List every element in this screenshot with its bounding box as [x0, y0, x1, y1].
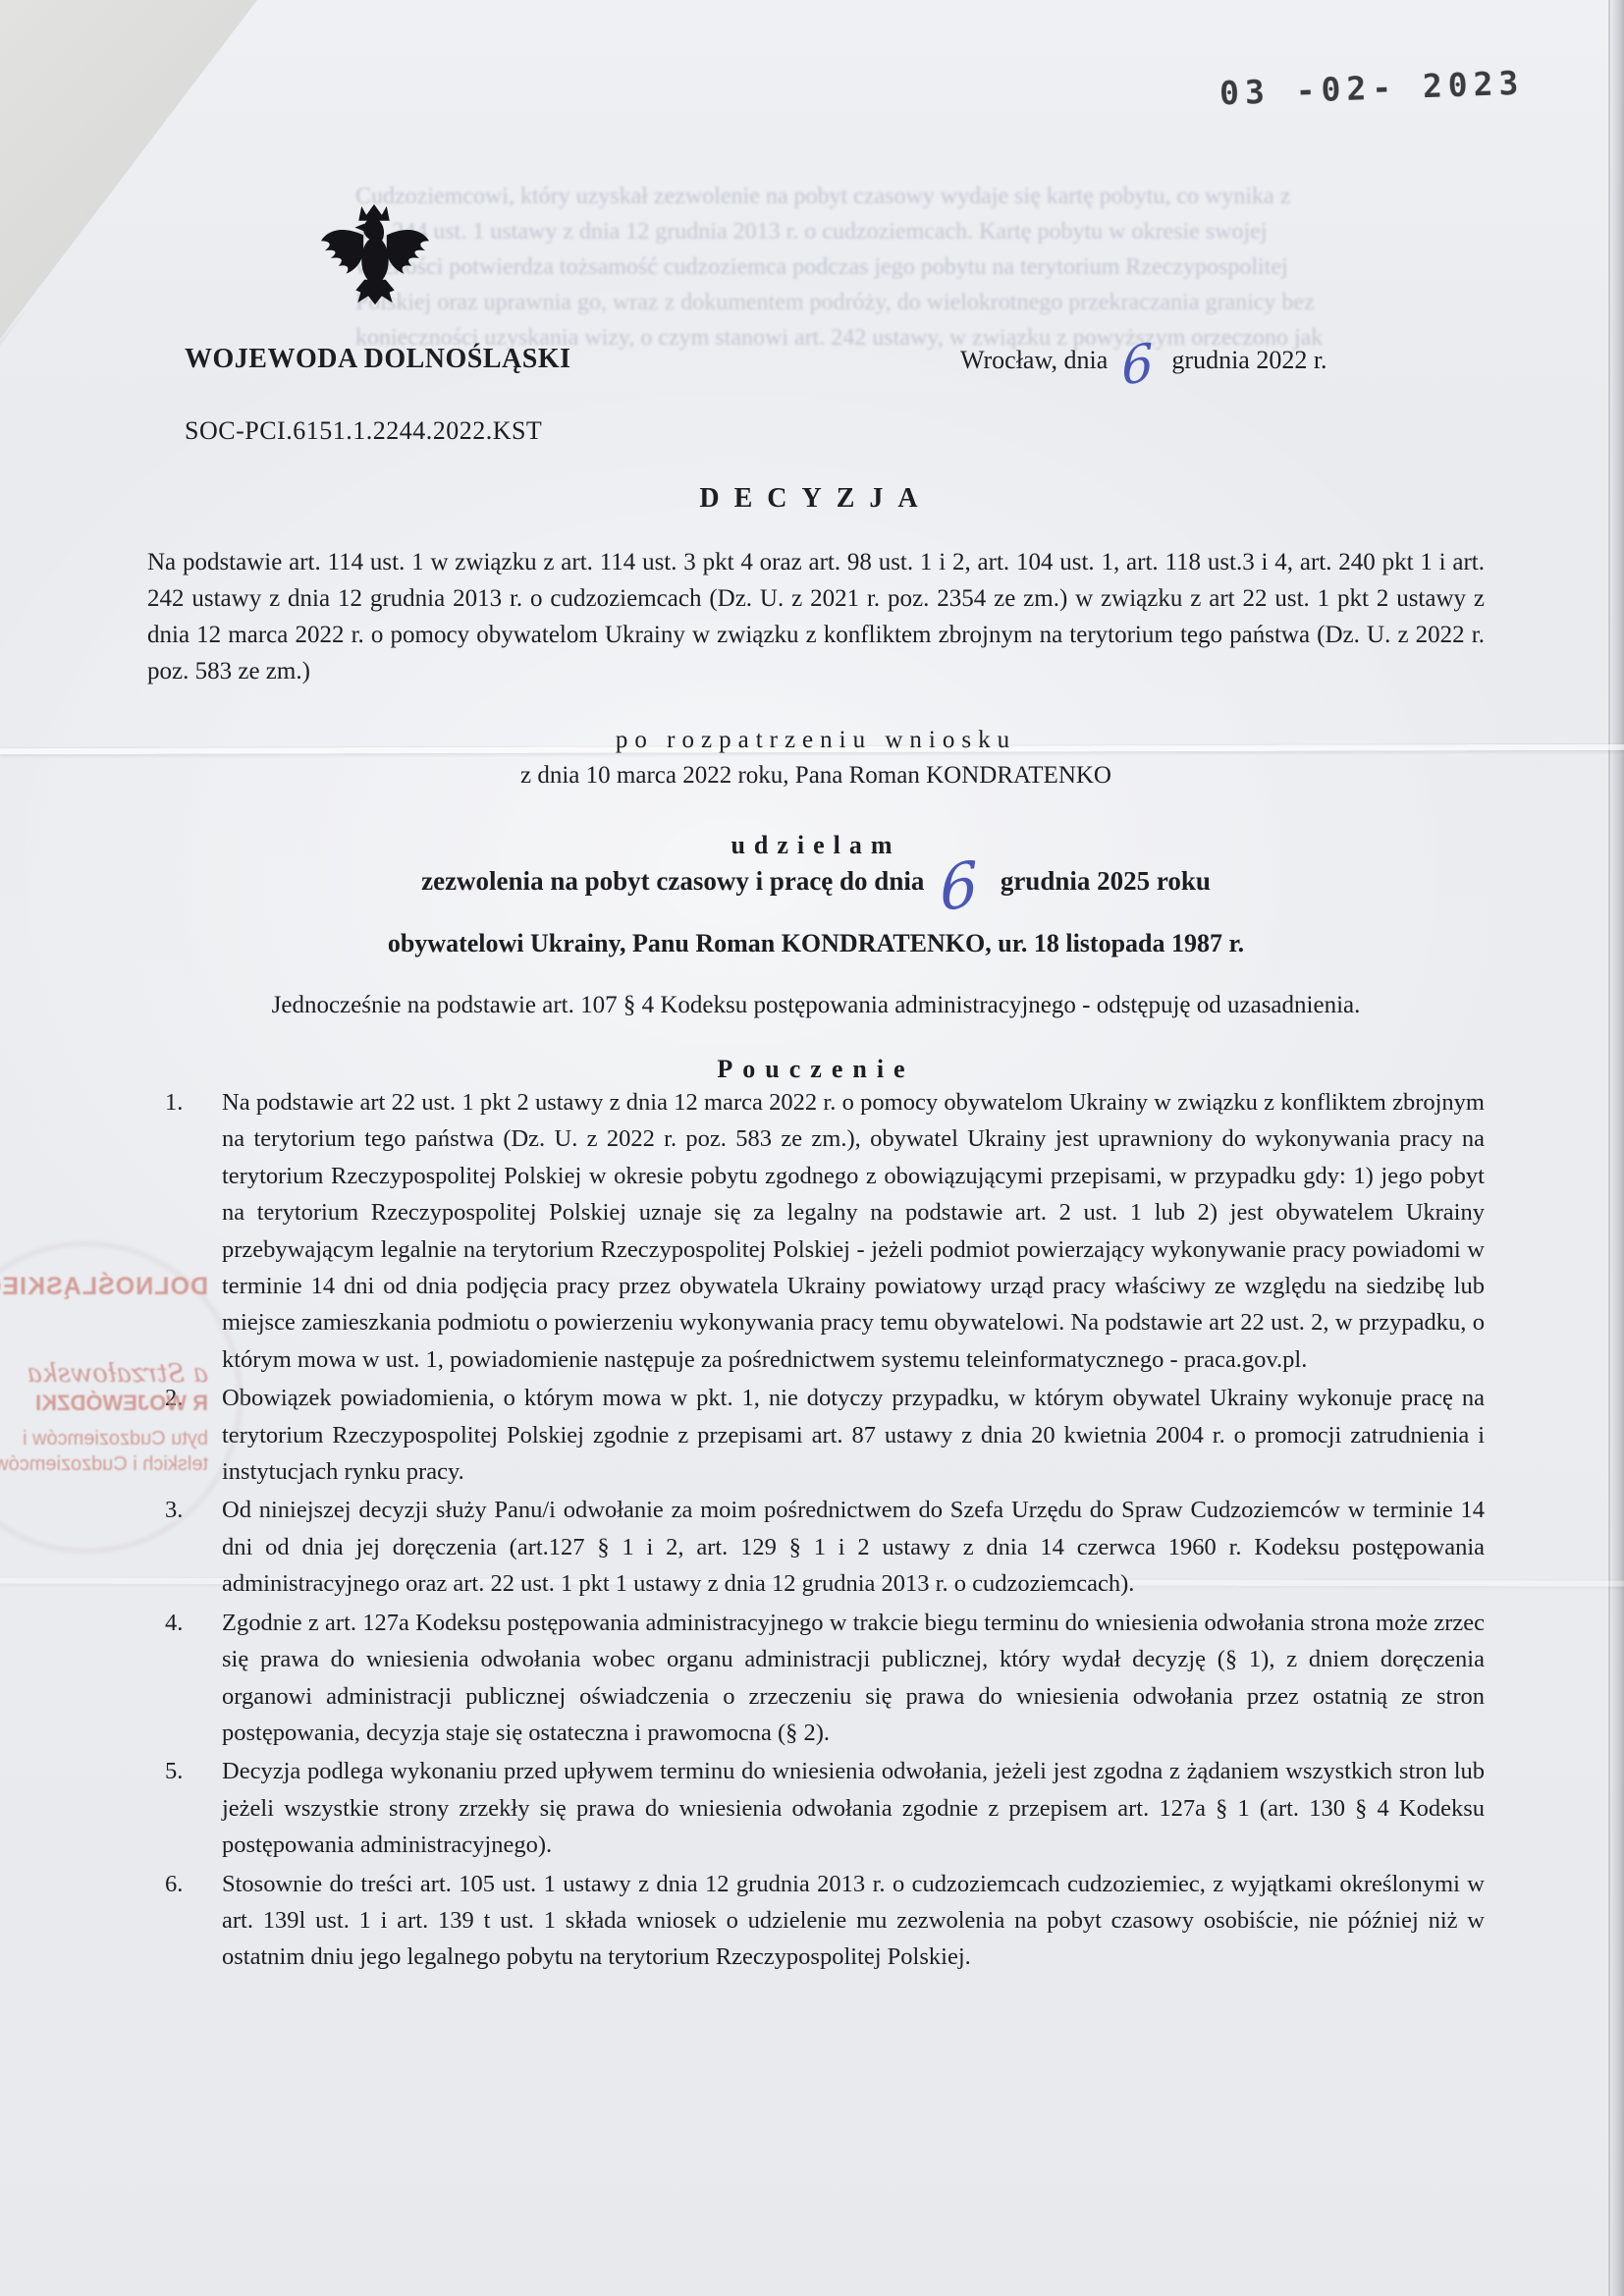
instruction-item: Stosownie do treści art. 105 ust. 1 usta… — [147, 1866, 1485, 1976]
show-through-line: Polskiej oraz uprawnia go, wraz z dokume… — [355, 285, 1534, 320]
application-date-line: z dnia 10 marca 2022 roku, Pana Roman KO… — [147, 762, 1485, 790]
paper-edge-line — [1608, 0, 1610, 2296]
legal-basis-paragraph: Na podstawie art. 114 ust. 1 w związku z… — [147, 544, 1485, 689]
instructions-list: Na podstawie art 22 ust. 1 pkt 2 ustawy … — [147, 1084, 1485, 1978]
show-through-text: Cudzoziemcowi, który uzyskał zezwolenie … — [355, 179, 1534, 355]
stamp-line: telskich i Cudzoziemców — [0, 1453, 208, 1476]
instruction-item: Obowiązek powiadomienia, o którym mowa w… — [147, 1380, 1485, 1490]
scanned-decision-document: 03 -02- 2023 Cudzoziemcowi, który uzyska… — [0, 0, 1624, 2296]
place-and-date-line: Wrocław, dnia6grudnia 2022 r. — [960, 346, 1327, 375]
paper-right-edge — [1608, 0, 1624, 2296]
dateline-suffix: grudnia 2022 r. — [1171, 346, 1326, 374]
stamp-line: bytu Cudzoziemców i — [23, 1428, 208, 1450]
after-review-line: po rozpatrzeniu wniosku — [147, 727, 1485, 754]
received-date-stamp: 03 -02- 2023 — [1218, 64, 1525, 113]
instruction-item: Decyzja podlega wykonaniu przed upływem … — [147, 1753, 1485, 1863]
stamp-line: a Strzałowska — [27, 1359, 208, 1389]
folded-sheet-corner — [0, 0, 257, 339]
grant-verb: udzielam — [147, 831, 1485, 860]
stamp-line: R WOJEWÓDZKI — [35, 1391, 208, 1416]
instruction-item: Zgodnie z art. 127a Kodeksu postępowania… — [147, 1605, 1485, 1752]
grant-suffix: grudnia 2025 roku — [1001, 866, 1211, 896]
show-through-line: ważności potwierdza tożsamość cudzoziemc… — [355, 249, 1534, 285]
justification-waiver-line: Jednocześnie na podstawie art. 107 § 4 K… — [147, 992, 1485, 1019]
document-title: DECYZJA — [147, 483, 1485, 515]
issuing-authority: WOJEWODA DOLNOŚLĄSKI — [185, 344, 571, 375]
grant-prefix: zezwolenia na pobyt czasowy i pracę do d… — [421, 866, 924, 896]
instruction-item: Od niniejszej decyzji służy Panu/i odwoł… — [147, 1492, 1485, 1602]
grant-statement: zezwolenia na pobyt czasowy i pracę do d… — [147, 866, 1485, 897]
show-through-line: Cudzoziemcowi, który uzyskał zezwolenie … — [355, 179, 1534, 214]
instruction-heading: Pouczenie — [147, 1055, 1485, 1084]
handwritten-day-header: 6 — [1122, 362, 1155, 368]
polish-eagle-emblem-icon — [316, 189, 432, 336]
beneficiary-line: obywatelowi Ukrainy, Panu Roman KONDRATE… — [147, 929, 1485, 958]
show-through-line: art. 244 ust. 1 ustawy z dnia 12 grudnia… — [355, 214, 1534, 249]
handwritten-day-grant: 6 — [941, 884, 979, 891]
instruction-item: Na podstawie art 22 ust. 1 pkt 2 ustawy … — [147, 1084, 1485, 1378]
case-reference-number: SOC-PCI.6151.1.2244.2022.KST — [185, 416, 542, 446]
stamp-line: DOLNOŚLĄSKIEGO — [0, 1273, 208, 1301]
dateline-prefix: Wrocław, dnia — [960, 346, 1108, 374]
